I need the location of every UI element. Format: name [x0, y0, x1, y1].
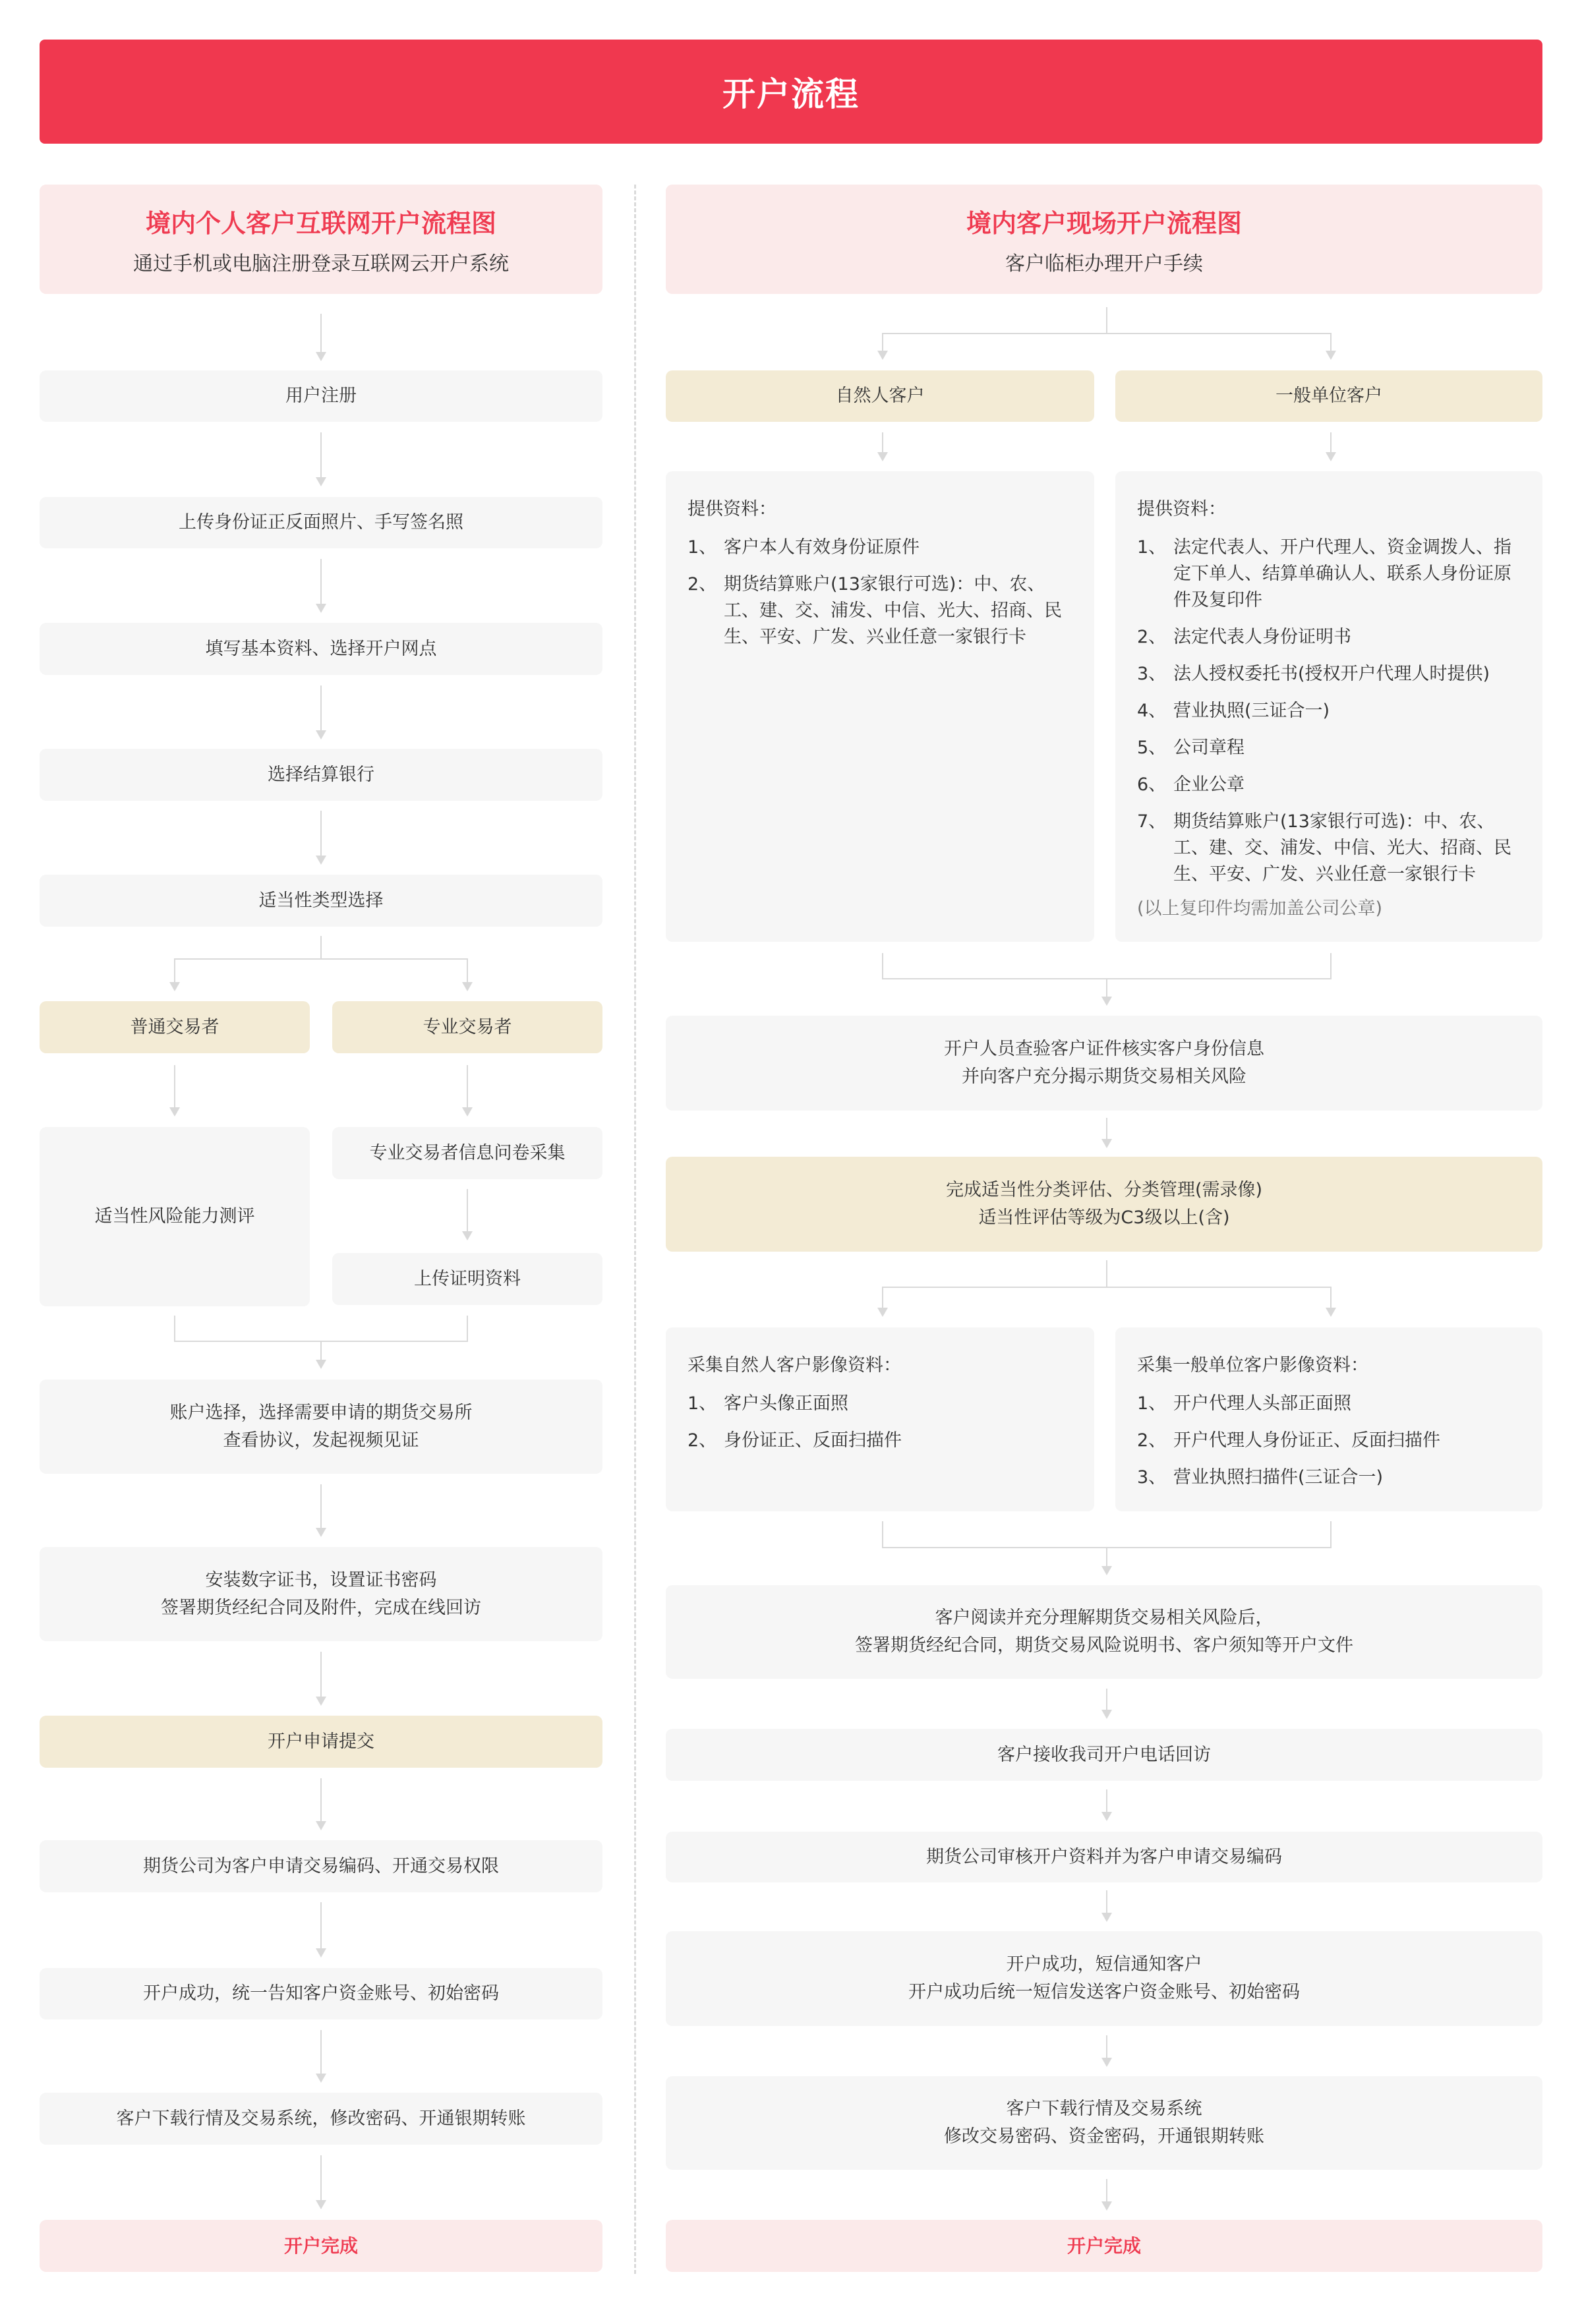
connector-line — [320, 1652, 322, 1697]
arrow-down-icon — [316, 352, 326, 361]
connector-line — [1106, 1689, 1107, 1710]
item-text: 客户本人有效身份证原件 — [724, 535, 1074, 561]
list-item: 1、客户头像正面照 — [688, 1391, 1074, 1417]
list-item: 5、公司章程 — [1137, 735, 1523, 761]
connector-line — [320, 1902, 322, 1948]
branch-pro-trader: 专业交易者 — [332, 1001, 602, 1053]
step-install-certificate: 安装数字证书，设置证书密码 签署期货经纪合同及附件，完成在线回访 — [40, 1547, 602, 1641]
connector-line — [174, 958, 175, 983]
arrow-down-icon — [316, 2074, 326, 2083]
list-item: 2、开户代理人身份证正、反面扫描件 — [1137, 1428, 1523, 1454]
connector-line — [174, 1316, 175, 1341]
arrow-down-icon — [462, 1107, 473, 1117]
step-line: 查看协议，发起视频见证 — [223, 1427, 419, 1455]
list-item: 1、 客户本人有效身份证原件 — [688, 535, 1074, 561]
connector-line — [1106, 307, 1107, 334]
arrow-down-icon — [462, 982, 473, 991]
step-account-success-sms: 开户成功，短信通知客户 开户成功后统一短信发送客户资金账号、初始密码 — [666, 1931, 1542, 2026]
list-item: 3、营业执照扫描件(三证合一) — [1137, 1465, 1523, 1491]
step-verify-identity: 开户人员查验客户证件核实客户身份信息 并向客户充分揭示期货交易相关风险 — [666, 1016, 1542, 1111]
item-text: 营业执照扫描件(三证合一) — [1173, 1465, 1523, 1491]
connector-line — [1330, 432, 1332, 453]
step-fill-info: 填写基本资料、选择开户网点 — [40, 623, 602, 675]
item-text: 客户头像正面照 — [724, 1391, 1074, 1417]
left-flow-header: 境内个人客户互联网开户流程图 通过手机或电脑注册登录互联网云开户系统 — [40, 185, 602, 294]
arrow-down-icon — [1101, 997, 1112, 1006]
connector-line — [320, 2155, 322, 2200]
arrow-down-icon — [169, 982, 180, 991]
connector-line — [882, 333, 883, 351]
connector-line — [320, 1778, 322, 1822]
step-label: 开户申请提交 — [268, 1728, 374, 1756]
step-done-left: 开户完成 — [40, 2220, 602, 2272]
arrow-down-icon — [1326, 1308, 1336, 1317]
corporate-materials-box: 提供资料： 1、法定代表人、开户代理人、资金调拨人、指定下单人、结算单确认人、联… — [1115, 471, 1542, 942]
done-label: 开户完成 — [1067, 2232, 1141, 2260]
item-number: 6、 — [1137, 772, 1173, 798]
step-pro-questionnaire: 专业交易者信息问卷采集 — [332, 1127, 602, 1179]
list-item: 7、期货结算账户(13家银行可选)：中、农、工、建、交、浦发、中信、光大、招商、… — [1137, 809, 1523, 888]
arrow-down-icon — [877, 452, 888, 461]
connector-line — [1106, 1547, 1107, 1567]
item-number: 1、 — [1137, 1391, 1173, 1417]
item-number: 3、 — [1137, 1465, 1173, 1491]
arrow-down-icon — [1101, 1139, 1112, 1148]
item-text: 法定代表人、开户代理人、资金调拨人、指定下单人、结算单确认人、联系人身份证原件及… — [1173, 535, 1523, 614]
step-label: 客户下载行情及交易系统，修改密码、开通银期转账 — [117, 2105, 526, 2133]
step-line: 完成适当性分类评估、分类管理(需录像) — [946, 1177, 1262, 1204]
page-banner: 开户流程 — [40, 40, 1542, 144]
arrow-down-icon — [316, 1697, 326, 1706]
step-review-materials: 期货公司审核开户资料并为客户申请交易编码 — [666, 1832, 1542, 1882]
arrow-down-icon — [316, 477, 326, 486]
arrow-down-icon — [1101, 1710, 1112, 1719]
branch-label: 普通交易者 — [131, 1014, 220, 1041]
arrow-down-icon — [316, 604, 326, 613]
step-line: 适当性评估等级为C3级以上(含) — [978, 1204, 1229, 1232]
item-number: 4、 — [1137, 698, 1173, 724]
arrow-down-icon — [169, 1107, 180, 1117]
item-text: 法定代表人身份证明书 — [1173, 624, 1523, 651]
arrow-down-icon — [462, 1231, 473, 1240]
connector-line — [882, 1287, 1332, 1288]
connector-line — [467, 1316, 468, 1341]
step-label: 上传证明资料 — [414, 1265, 521, 1293]
step-label: 专业交易者信息问卷采集 — [370, 1140, 566, 1167]
step-select-bank: 选择结算银行 — [40, 749, 602, 801]
item-text: 法人授权委托书(授权开户代理人时提供) — [1173, 661, 1523, 687]
connector-line — [882, 333, 1332, 334]
step-risk-assessment: 适当性风险能力测评 — [40, 1127, 310, 1306]
connector-line — [1106, 978, 1107, 998]
branch-corporate: 一般单位客户 — [1115, 370, 1542, 422]
column-divider — [634, 185, 636, 2274]
step-line: 签署期货经纪合同，期货交易风险说明书、客户须知等开户文件 — [855, 1632, 1353, 1660]
step-download-system-right: 客户下载行情及交易系统 修改交易密码、资金密码，开通银期转账 — [666, 2076, 1542, 2170]
connector-line — [467, 1189, 468, 1231]
connector-line — [320, 811, 322, 856]
step-label: 期货公司审核开户资料并为客户申请交易编码 — [926, 1844, 1282, 1871]
connector-line — [1330, 333, 1332, 351]
item-number: 1、 — [1137, 535, 1173, 614]
arrow-down-icon — [877, 1308, 888, 1317]
connector-line — [1106, 2035, 1107, 2058]
step-user-register: 用户注册 — [40, 370, 602, 422]
materials-note: (以上复印件均需加盖公司公章) — [1137, 896, 1523, 922]
connector-line — [882, 432, 883, 453]
connector-line — [1106, 1789, 1107, 1812]
arrow-down-icon — [1101, 2201, 1112, 2211]
item-number: 2、 — [1137, 624, 1173, 651]
list-item: 2、身份证正、反面扫描件 — [688, 1428, 1074, 1454]
step-suitability-assessment: 完成适当性分类评估、分类管理(需录像) 适当性评估等级为C3级以上(含) — [666, 1157, 1542, 1252]
arrow-down-icon — [316, 1528, 326, 1537]
step-label: 适当性风险能力测评 — [95, 1203, 255, 1231]
item-text: 身份证正、反面扫描件 — [724, 1428, 1074, 1454]
item-number: 2、 — [1137, 1428, 1173, 1454]
collection-title: 采集一般单位客户影像资料： — [1137, 1352, 1523, 1379]
connector-line — [882, 953, 883, 978]
materials-title: 提供资料： — [1137, 496, 1523, 523]
arrow-down-icon — [316, 1948, 326, 1958]
arrow-down-icon — [316, 856, 326, 865]
done-label: 开户完成 — [284, 2232, 358, 2260]
arrow-down-icon — [316, 2200, 326, 2209]
arrow-down-icon — [1326, 351, 1336, 360]
step-upload-id: 上传身份证正反面照片、手写签名照 — [40, 497, 602, 548]
step-label: 客户接收我司开户电话回访 — [997, 1741, 1211, 1769]
connector-line — [1330, 953, 1332, 978]
list-item: 4、营业执照(三证合一) — [1137, 698, 1523, 724]
connector-line — [320, 432, 322, 477]
list-item: 2、法定代表人身份证明书 — [1137, 624, 1523, 651]
list-item: 6、企业公章 — [1137, 772, 1523, 798]
step-suitability-type: 适当性类型选择 — [40, 875, 602, 927]
connector-line — [1106, 1118, 1107, 1139]
branch-label: 专业交易者 — [423, 1014, 512, 1041]
connector-line — [1330, 1521, 1332, 1548]
list-item: 2、 期货结算账户(13家银行可选)：中、农、工、建、交、浦发、中信、光大、招商… — [688, 571, 1074, 651]
item-number: 2、 — [688, 571, 724, 651]
page-title: 开户流程 — [722, 68, 860, 115]
materials-title: 提供资料： — [688, 496, 1074, 523]
connector-line — [882, 1521, 883, 1548]
branch-normal-trader: 普通交易者 — [40, 1001, 310, 1053]
step-label: 选择结算银行 — [268, 761, 374, 789]
connector-line — [320, 2030, 322, 2074]
connector-line — [320, 1484, 322, 1528]
connector-line — [882, 1287, 883, 1309]
step-line: 开户人员查验客户证件核实客户身份信息 — [944, 1035, 1264, 1063]
item-number: 7、 — [1137, 809, 1173, 888]
item-number: 1、 — [688, 535, 724, 561]
step-line: 修改交易密码、资金密码，开通银期转账 — [944, 2123, 1264, 2151]
item-number: 1、 — [688, 1391, 724, 1417]
item-text: 企业公章 — [1173, 772, 1523, 798]
step-account-selection: 账户选择，选择需要申请的期货交易所 查看协议，发起视频见证 — [40, 1380, 602, 1474]
step-line: 并向客户充分揭示期货交易相关风险 — [962, 1063, 1246, 1091]
step-label: 适当性类型选择 — [259, 887, 384, 915]
connector-line — [467, 1065, 468, 1107]
connector-line — [1106, 1260, 1107, 1287]
connector-line — [320, 314, 322, 353]
arrow-down-icon — [1101, 1566, 1112, 1575]
branch-label: 一般单位客户 — [1275, 382, 1382, 410]
item-text: 营业执照(三证合一) — [1173, 698, 1523, 724]
step-sign-contract: 客户阅读并充分理解期货交易相关风险后， 签署期货经纪合同，期货交易风险说明书、客… — [666, 1585, 1542, 1679]
list-item: 3、法人授权委托书(授权开户代理人时提供) — [1137, 661, 1523, 687]
step-line: 客户阅读并充分理解期货交易相关风险后， — [935, 1604, 1274, 1632]
step-line: 签署期货经纪合同及附件，完成在线回访 — [161, 1594, 481, 1622]
step-phone-callback: 客户接收我司开户电话回访 — [666, 1729, 1542, 1781]
list-item: 1、开户代理人头部正面照 — [1137, 1391, 1523, 1417]
step-line: 客户下载行情及交易系统 — [1007, 2095, 1202, 2123]
arrow-down-icon — [1101, 1913, 1112, 1922]
connector-line — [320, 936, 322, 958]
branch-natural-person: 自然人客户 — [666, 370, 1094, 422]
item-text: 公司章程 — [1173, 735, 1523, 761]
item-text: 期货结算账户(13家银行可选)：中、农、工、建、交、浦发、中信、光大、招商、民生… — [1173, 809, 1523, 888]
arrow-down-icon — [316, 730, 326, 740]
right-flow-subtitle: 客户临柜办理开户手续 — [1005, 247, 1203, 276]
arrow-down-icon — [877, 351, 888, 360]
connector-line — [320, 559, 322, 604]
arrow-down-icon — [1101, 2058, 1112, 2067]
collection-title: 采集自然人客户影像资料： — [688, 1352, 1074, 1379]
step-line: 开户成功后统一短信发送客户资金账号、初始密码 — [908, 1979, 1300, 2006]
list-item: 1、法定代表人、开户代理人、资金调拨人、指定下单人、结算单确认人、联系人身份证原… — [1137, 535, 1523, 614]
step-line: 安装数字证书，设置证书密码 — [206, 1567, 437, 1594]
right-flow-header: 境内客户现场开户流程图 客户临柜办理开户手续 — [666, 185, 1542, 294]
step-upload-proof: 上传证明资料 — [332, 1253, 602, 1305]
item-text: 期货结算账户(13家银行可选)：中、农、工、建、交、浦发、中信、光大、招商、民生… — [724, 571, 1074, 651]
step-label: 填写基本资料、选择开户网点 — [206, 635, 437, 663]
arrow-down-icon — [316, 1821, 326, 1830]
step-label: 开户成功，统一告知客户资金账号、初始密码 — [143, 1980, 499, 2008]
arrow-down-icon — [1101, 1812, 1112, 1821]
item-text: 开户代理人头部正面照 — [1173, 1391, 1523, 1417]
connector-line — [467, 958, 468, 983]
step-account-success: 开户成功，统一告知客户资金账号、初始密码 — [40, 1968, 602, 2019]
connector-line — [320, 1341, 322, 1360]
item-text: 开户代理人身份证正、反面扫描件 — [1173, 1428, 1523, 1454]
step-apply-trading-code: 期货公司为客户申请交易编码、开通交易权限 — [40, 1840, 602, 1892]
left-flow-subtitle: 通过手机或电脑注册登录互联网云开户系统 — [133, 247, 509, 276]
arrow-down-icon — [316, 1360, 326, 1369]
step-label: 用户注册 — [285, 382, 357, 410]
natural-image-collection-box: 采集自然人客户影像资料： 1、客户头像正面照 2、身份证正、反面扫描件 — [666, 1327, 1094, 1511]
connector-line — [174, 958, 468, 960]
step-done-right: 开户完成 — [666, 2220, 1542, 2272]
step-download-system: 客户下载行情及交易系统，修改密码、开通银期转账 — [40, 2093, 602, 2145]
connector-line — [1106, 1890, 1107, 1913]
right-flow-title: 境内客户现场开户流程图 — [966, 203, 1242, 239]
step-submit-application: 开户申请提交 — [40, 1716, 602, 1768]
branch-label: 自然人客户 — [836, 382, 925, 410]
natural-materials-box: 提供资料： 1、 客户本人有效身份证原件 2、 期货结算账户(13家银行可选)：… — [666, 471, 1094, 942]
connector-line — [1330, 1287, 1332, 1309]
step-label: 期货公司为客户申请交易编码、开通交易权限 — [143, 1853, 499, 1880]
connector-line — [1106, 2179, 1107, 2201]
corporate-image-collection-box: 采集一般单位客户影像资料： 1、开户代理人头部正面照 2、开户代理人身份证正、反… — [1115, 1327, 1542, 1511]
arrow-down-icon — [1326, 452, 1336, 461]
step-label: 上传身份证正反面照片、手写签名照 — [179, 509, 463, 537]
left-flow-title: 境内个人客户互联网开户流程图 — [146, 203, 496, 239]
connector-line — [320, 685, 322, 730]
item-number: 3、 — [1137, 661, 1173, 687]
item-number: 2、 — [688, 1428, 724, 1454]
connector-line — [174, 1065, 175, 1107]
item-number: 5、 — [1137, 735, 1173, 761]
step-line: 账户选择，选择需要申请的期货交易所 — [170, 1399, 473, 1427]
step-line: 开户成功，短信通知客户 — [1007, 1951, 1202, 1979]
